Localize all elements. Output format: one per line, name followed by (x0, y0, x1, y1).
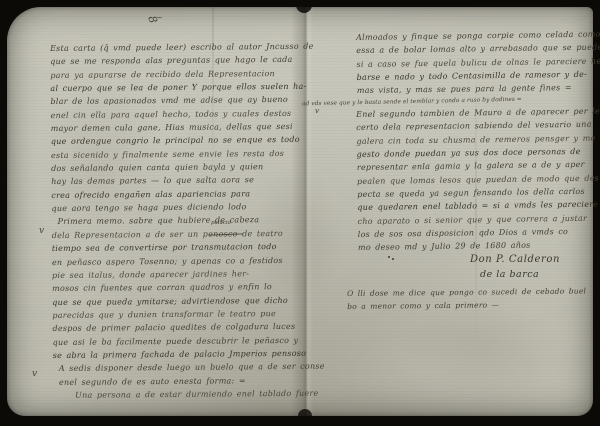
handwritten-line: O lli dose me dice que pongo co sucedi d… (347, 285, 586, 300)
postscript-text: O lli dose me dice que pongo co sucedi d… (347, 285, 586, 313)
manuscript-photo: 8~ v v Esta carta (q̃ vmd puede leer) es… (0, 0, 600, 426)
signature-name: Don P. Calderon (470, 254, 560, 265)
handwritten-line: dela Representacion a de ser un penosco … (52, 226, 324, 242)
paragraph-mark-icon: v (32, 369, 37, 379)
ink-dot (388, 256, 390, 258)
interlined-correction: palacio (211, 220, 231, 226)
insertion-mark-icon: v (315, 107, 319, 115)
paper-stain (402, 302, 562, 397)
ink-dot (392, 258, 394, 260)
folio-number: 8~ (149, 8, 163, 27)
handwritten-line: A sedis disponer desde luego un buelo qu… (59, 360, 325, 376)
right-page-text-top: Almoados y finque se ponga corpie como c… (356, 27, 600, 97)
manuscript-spread: 8~ v v Esta carta (q̃ vmd puede leer) es… (7, 7, 593, 416)
handwritten-line: mo deseo md y Julio 29 de 1680 años (358, 238, 600, 255)
left-page-text: Esta carta (q̃ vmd puede leer) escribo a… (50, 40, 325, 403)
handwritten-line: bo a menor como y cala primero — (347, 298, 586, 313)
handwritten-line: mas vista, y mas se pues para la gente f… (357, 81, 600, 98)
folio-flourish: ~ (156, 13, 163, 22)
handwritten-line: que se me responda alas preguntas que ha… (50, 53, 322, 69)
handwritten-line: esta sicenido y finalmente seme envie le… (51, 146, 323, 162)
paper-highlight (327, 332, 537, 407)
gutter-notch-bottom (298, 409, 312, 418)
handwritten-line: Una persona a de estar durmiendo enel ta… (75, 387, 325, 403)
right-page-text-main: Enel segundo tambien de Mauro a de apare… (356, 105, 600, 255)
paragraph-mark-icon: v (39, 226, 44, 236)
handwritten-line: que se que pueda ymitarse; advirtiendose… (52, 293, 324, 309)
signature-rubric: de la barca (480, 269, 539, 280)
